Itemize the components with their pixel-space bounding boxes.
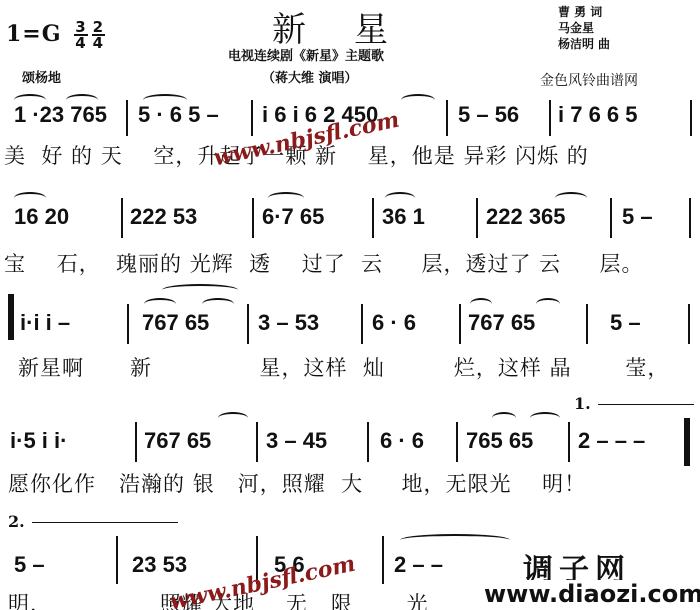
lyrics-row-2: 宝 石， 瑰丽的 光辉 透 过了 云 层，透过了 云 层。 [4,248,644,278]
measure-1-1: 1 ·23 765 [14,102,107,128]
composer-role: 曲 [598,36,610,52]
lyricist-role: 词 [590,4,602,20]
measure-4-2: 767 65 [144,428,211,454]
lyricist: 曹 勇 [558,4,586,20]
measure-2-6: 5 – [622,204,653,230]
repeat-start-sign [8,294,14,340]
tempo-marking: 颂杨地 [22,67,61,86]
lyrics-row-4: 愿你化作 浩瀚的 银 河，照耀 大 地，无限光 明！ [8,468,586,498]
measure-1-2: 5 · 6 5 – [138,102,219,128]
credits: 曹 勇词 马金星 杨洁明曲 [558,4,610,52]
key-signature: 1=G 3424 [6,20,105,50]
composer-1: 马金星 [558,20,594,36]
measure-3-2: 767 65 [142,310,209,336]
watermark-diaozi-url: www.diaozi.com [484,580,700,608]
measure-5-1: 5 – [14,552,45,578]
measure-1-5: i 7 6 6 5 [558,102,638,128]
measure-3-3: 3 – 53 [258,310,319,336]
measure-2-5: 222 365 [486,204,566,230]
measure-3-4: 6 · 6 [372,310,416,336]
measure-3-5: 767 65 [468,310,535,336]
measure-3-1: i·i i – [20,310,70,336]
measure-3-6: 5 – [610,310,641,336]
measure-4-6: 2 – – – [578,428,645,454]
song-title: 新星 [272,2,436,51]
composer-2: 杨洁明 [558,36,594,52]
measure-4-5: 765 65 [466,428,533,454]
lyrics-row-3: 新星啊 新 星，这样 灿 烂，这样 晶 莹， [18,352,669,382]
repeat-end-sign [684,418,690,466]
volta-2: 2. [8,512,25,531]
measure-5-2: 23 53 [132,552,187,578]
measure-1-4: 5 – 56 [458,102,519,128]
time-signature-2: 24 [92,20,105,50]
measure-4-1: i·5 i i· [10,428,67,454]
measure-2-4: 36 1 [382,204,425,230]
measure-2-3: 6·7 65 [262,204,324,230]
measure-5-4: 2 – – [394,552,443,578]
measure-2-1: 16 20 [14,204,69,230]
performer: （蒋大维 演唱） [262,67,358,86]
measure-2-2: 222 53 [130,204,197,230]
measure-4-4: 6 · 6 [380,428,424,454]
song-subtitle: 电视连续剧《新星》主题歌 [228,45,384,64]
volta-1: 1. [574,394,591,413]
time-signature-1: 34 [74,20,87,50]
measure-4-3: 3 – 45 [266,428,327,454]
source-site-label: 金色风铃曲谱网 [540,70,638,90]
